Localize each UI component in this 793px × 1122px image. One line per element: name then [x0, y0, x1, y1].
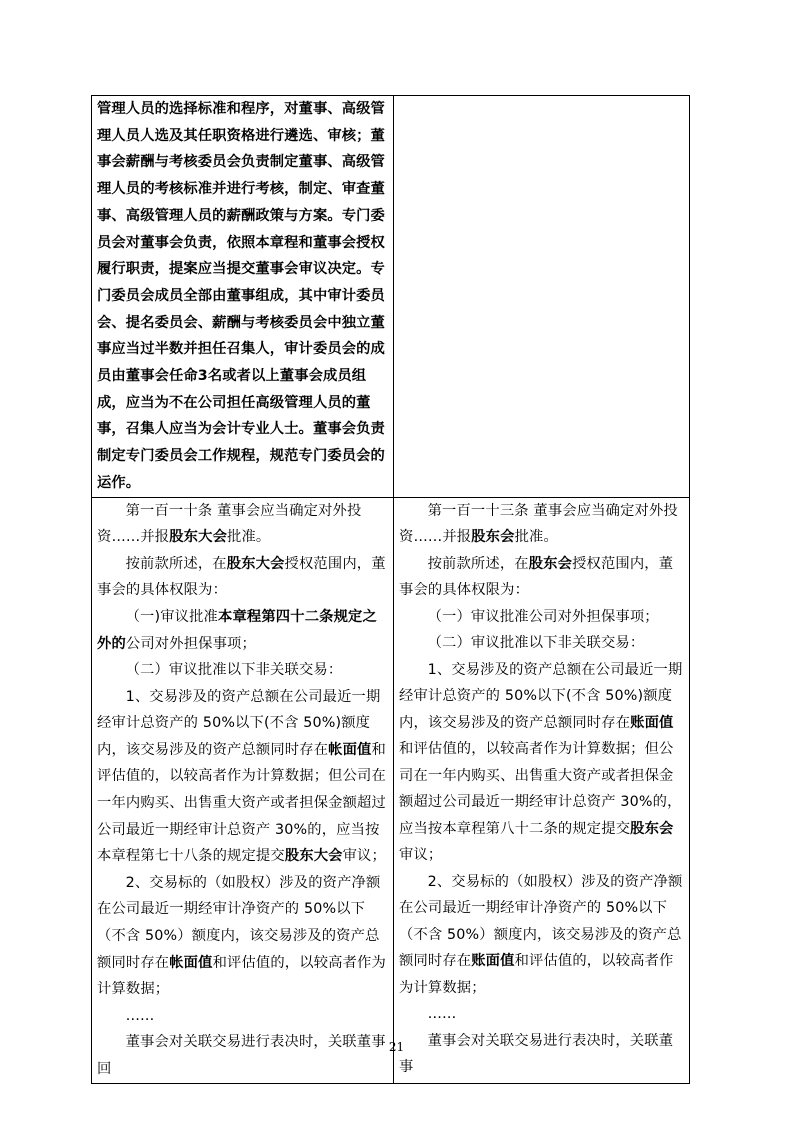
comparison-table: 管理人员的选择标准和程序，对董事、高级管理人员人选及其任职资格进行遴选、审核；董… [91, 95, 690, 1084]
total-assets-item-paragraph: 1、交易涉及的资产总额在公司最近一期经审计总资产的 50%以下(不含 50%)额… [399, 657, 685, 869]
highlighted-term: 帐面值 [169, 955, 212, 971]
authority-intro-paragraph: 按前款所述，在股东会授权范围内，董事会的具体权限为： [399, 551, 685, 604]
net-assets-item-paragraph: 2、交易标的（如股权）涉及的资产净额在公司最近一期经审计净资产的 50%以下（不… [399, 869, 685, 1002]
related-transaction-voting-paragraph: 董事会对关联交易进行表决时，关联董事 [399, 1028, 685, 1081]
net-assets-item-paragraph: 2、交易标的（如股权）涉及的资产净额在公司最近一期经审计净资产的 50%以下（不… [97, 870, 389, 1003]
related-transaction-voting-paragraph: 董事会对关联交易进行表决时，关联董事回 [97, 1029, 389, 1082]
total-assets-item-paragraph: 1、交易涉及的资产总额在公司最近一期经审计总资产的 50%以下(不含 50%)额… [97, 684, 389, 870]
text-run: 批准。 [515, 529, 558, 545]
text-run: 按前款所述，在 [126, 556, 227, 572]
non-related-transactions-heading: （二）审议批准以下非关联交易： [97, 657, 389, 684]
guarantee-item-paragraph: （一)审议批准本章程第四十二条规定之外的公司对外担保事项； [97, 604, 389, 657]
text-run: 和评估值的，以较高者作为计算数据；但公司在一年内购买、出售重大资产或者担保金额超… [97, 742, 386, 864]
highlighted-term: 股东大会 [169, 529, 227, 545]
committee-text-block: 管理人员的选择标准和程序，对董事、高级管理人员人选及其任职资格进行遴选、审核；董… [97, 96, 389, 497]
table-row-committees: 管理人员的选择标准和程序，对董事、高级管理人员人选及其任职资格进行遴选、审核；董… [92, 96, 690, 498]
committee-paragraph: 管理人员的选择标准和程序，对董事、高级管理人员人选及其任职资格进行遴选、审核；董… [97, 96, 389, 497]
article-heading-paragraph: 第一百一十条 董事会应当确定对外投资……并报股东大会批准。 [97, 498, 389, 551]
table-row-article-110: 第一百一十条 董事会应当确定对外投资……并报股东大会批准。 按前款所述，在股东大… [92, 497, 690, 1083]
original-clause-cell: 第一百一十条 董事会应当确定对外投资……并报股东大会批准。 按前款所述，在股东大… [92, 497, 394, 1083]
text-run: 批准。 [227, 529, 270, 545]
ellipsis-paragraph: …… [399, 1001, 685, 1028]
revised-clause-text: 第一百一十三条 董事会应当确定对外投资……并报股东会批准。 按前款所述，在股东会… [399, 498, 685, 1081]
text-run: 按前款所述，在 [428, 556, 529, 572]
authority-intro-paragraph: 按前款所述，在股东大会授权范围内，董事会的具体权限为： [97, 551, 389, 604]
guarantee-item-paragraph: （一）审议批准公司对外担保事项； [399, 604, 685, 631]
highlighted-term: 股东大会 [227, 556, 285, 572]
highlighted-term: 帐面值 [328, 742, 371, 758]
article-heading-paragraph: 第一百一十三条 董事会应当确定对外投资……并报股东会批准。 [399, 498, 685, 551]
text-run: （一)审议批准 [126, 609, 218, 625]
text-run: 公司对外担保事项； [126, 636, 256, 652]
original-clause-text: 第一百一十条 董事会应当确定对外投资……并报股东大会批准。 按前款所述，在股东大… [97, 498, 389, 1083]
highlighted-term: 股东会 [630, 821, 673, 837]
highlighted-term: 账面值 [471, 953, 514, 969]
page-number: 21 [0, 1040, 793, 1054]
highlighted-term: 股东大会 [285, 848, 343, 864]
highlighted-term: 股东会 [529, 556, 572, 572]
original-clause-cell: 管理人员的选择标准和程序，对董事、高级管理人员人选及其任职资格进行遴选、审核；董… [92, 96, 394, 498]
revised-clause-cell: 第一百一十三条 董事会应当确定对外投资……并报股东会批准。 按前款所述，在股东会… [394, 497, 690, 1083]
text-run: 审议； [343, 848, 386, 864]
ellipsis-paragraph: …… [97, 1003, 389, 1030]
document-page: 管理人员的选择标准和程序，对董事、高级管理人员人选及其任职资格进行遴选、审核；董… [0, 0, 793, 1122]
revised-clause-cell-empty [394, 96, 690, 498]
highlighted-term: 股东会 [471, 529, 514, 545]
non-related-transactions-heading: （二）审议批准以下非关联交易： [399, 630, 685, 657]
text-run: 审议； [399, 847, 442, 863]
highlighted-term: 账面值 [630, 715, 673, 731]
